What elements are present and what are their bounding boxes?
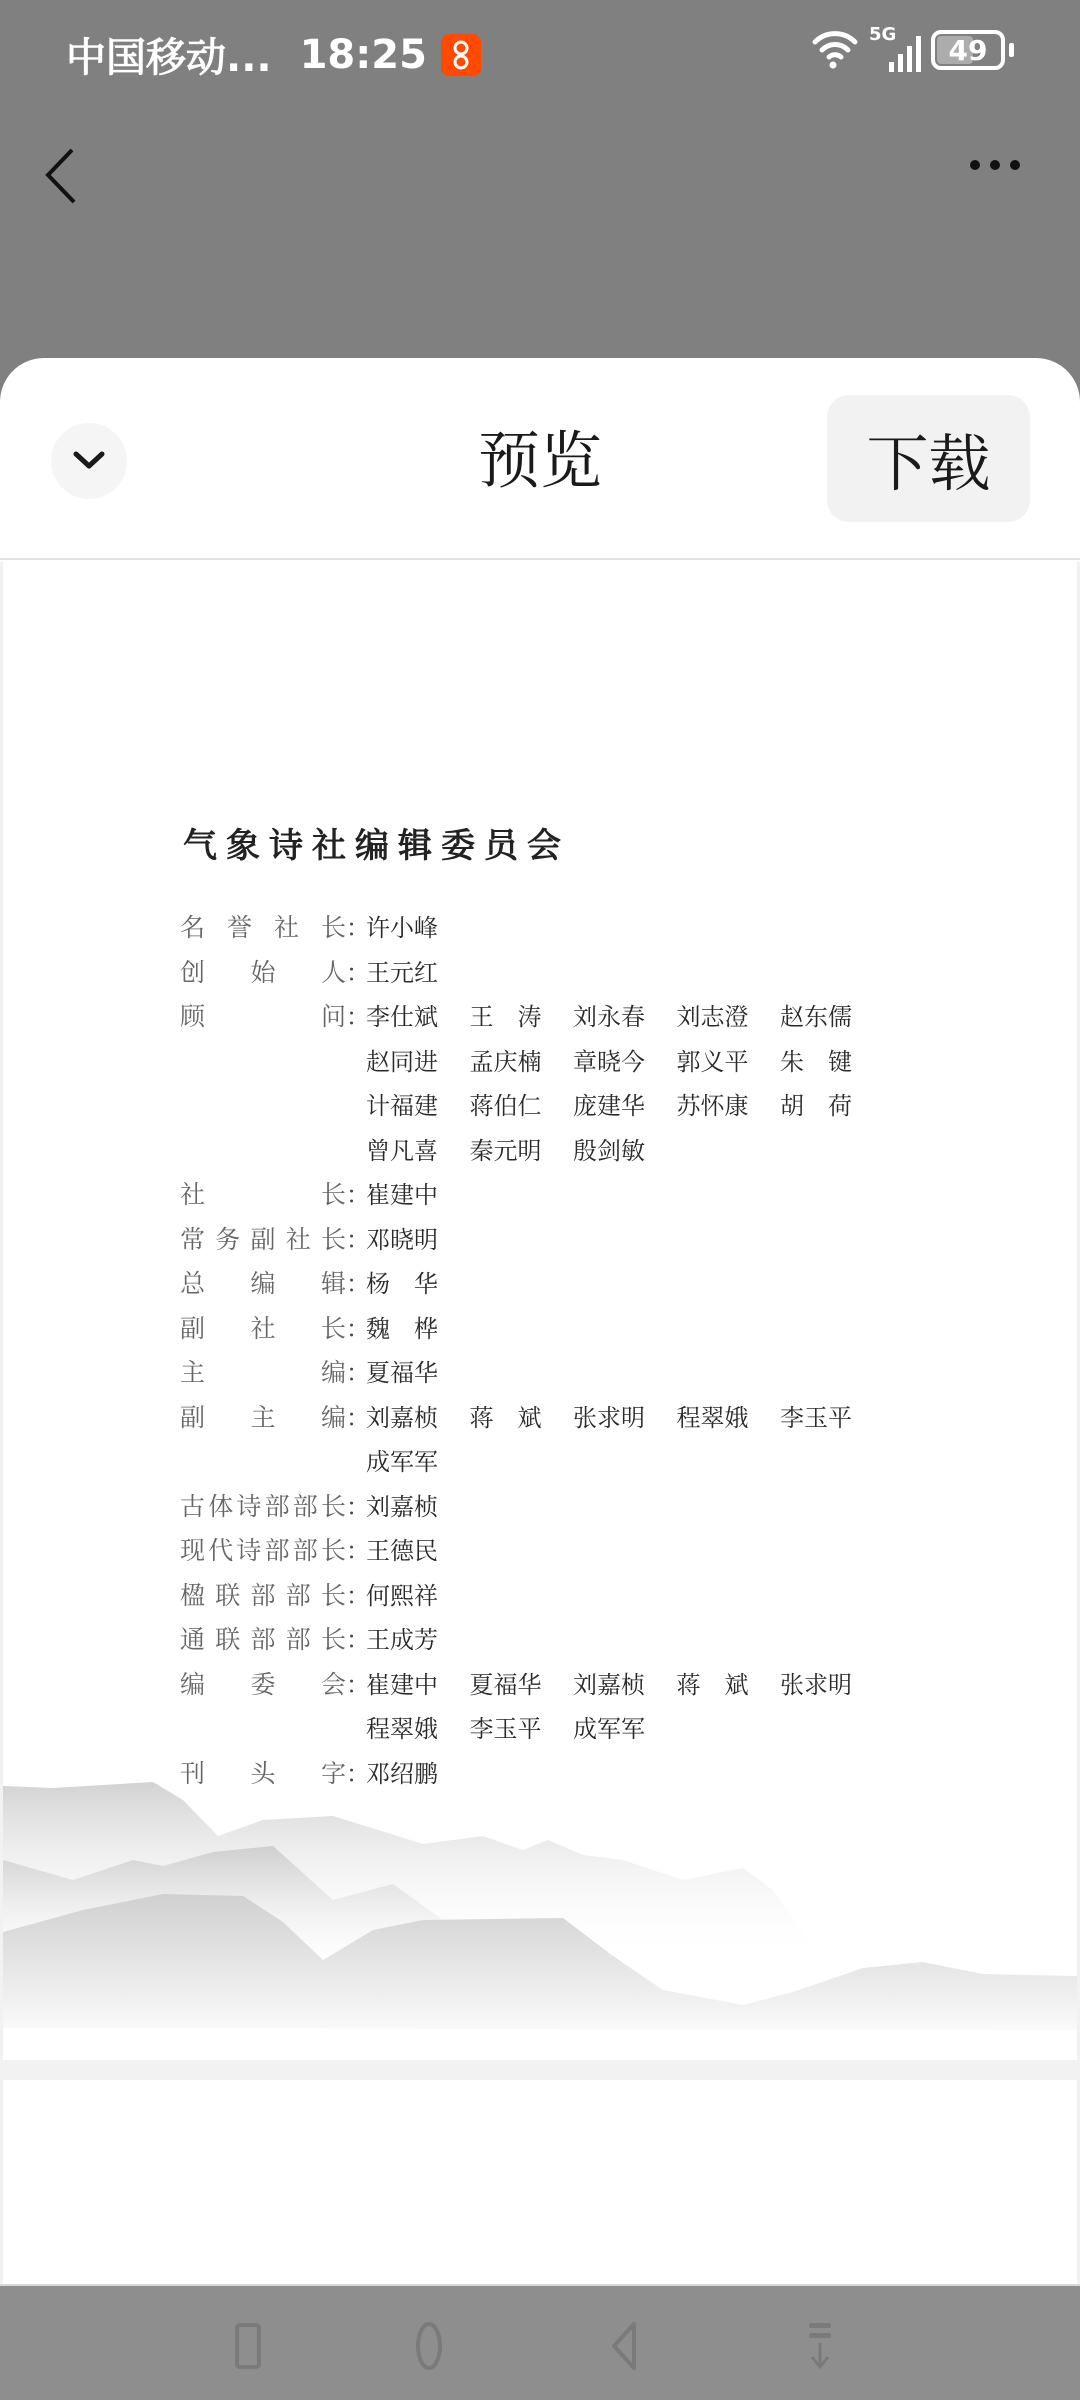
status-left: 中国移动... 18:25	[66, 26, 481, 83]
member-name: 成军军	[573, 1707, 677, 1752]
roster-role-label: 古体诗部部长	[180, 1485, 346, 1530]
roster-row: 通联部部长：王成芳	[180, 1618, 886, 1663]
roster-colon: ：	[346, 1618, 366, 1663]
member-name: 崔建中	[366, 1173, 470, 1218]
member-name: 刘嘉桢	[366, 1396, 470, 1441]
member-name: 夏福华	[366, 1351, 470, 1396]
member-name: 朱 键	[780, 1040, 884, 1085]
roster-role-label: 现代诗部部长	[180, 1529, 346, 1574]
roster-names: 李仕斌王 涛刘永春刘志澄赵东儒赵同进孟庆楠章晓今郭义平朱 键计福建蒋伯仁庞建华苏…	[366, 995, 886, 1173]
member-name: 张求明	[780, 1663, 884, 1708]
roster-colon: ：	[346, 1262, 366, 1307]
member-name: 孟庆楠	[470, 1040, 574, 1085]
member-name: 李玉平	[780, 1396, 884, 1441]
member-name: 蒋伯仁	[470, 1084, 574, 1129]
roster-names: 邓晓明	[366, 1218, 886, 1263]
member-name: 李仕斌	[366, 995, 470, 1040]
more-dots-icon	[950, 140, 1040, 190]
roster-colon: ：	[346, 906, 366, 951]
roster-names: 许小峰	[366, 906, 886, 951]
battery-tip	[1009, 43, 1014, 57]
member-name: 邓晓明	[366, 1218, 470, 1263]
roster-row: 社长：崔建中	[180, 1173, 886, 1218]
member-name: 秦元明	[470, 1129, 574, 1174]
back-chevron-icon	[30, 130, 100, 210]
member-name: 李玉平	[470, 1707, 574, 1752]
roster-row: 副社长：魏 桦	[180, 1307, 886, 1352]
member-name: 章晓今	[573, 1040, 677, 1085]
roster-role-label: 顾问	[180, 995, 346, 1040]
back-button[interactable]	[30, 130, 100, 210]
roster-role-label: 创始人	[180, 951, 346, 996]
home-circle-icon	[414, 2320, 444, 2372]
member-name: 胡 荷	[780, 1084, 884, 1129]
recent-apps-button[interactable]	[218, 2316, 278, 2376]
document-page-1: 气象诗社编辑委员会 名誉社长：许小峰创始人：王元红顾问：李仕斌王 涛刘永春刘志澄…	[3, 562, 1077, 2060]
roster-role-label: 副主编	[180, 1396, 346, 1441]
roster-row: 常务副社长：邓晓明	[180, 1218, 886, 1263]
member-name: 王 涛	[470, 995, 574, 1040]
roster-row: 副主编：刘嘉桢蒋 斌张求明程翠娥李玉平成军军	[180, 1396, 886, 1485]
roster-colon: ：	[346, 951, 366, 996]
home-button[interactable]	[399, 2316, 459, 2376]
roster-row: 古体诗部部长：刘嘉桢	[180, 1485, 886, 1530]
system-nav-bar	[0, 2284, 1080, 2400]
battery-icon: 49	[931, 30, 1005, 70]
ink-mountains-illustration	[3, 1760, 1077, 2060]
member-name: 刘永春	[573, 995, 677, 1040]
roster-names: 何熙祥	[366, 1574, 886, 1619]
more-options-button[interactable]	[950, 140, 1040, 190]
member-name: 王德民	[366, 1529, 470, 1574]
roster-role-label: 常务副社长	[180, 1218, 346, 1263]
roster-names: 杨 华	[366, 1262, 886, 1307]
roster-colon: ：	[346, 1529, 366, 1574]
member-name: 赵同进	[366, 1040, 470, 1085]
roster-colon: ：	[346, 1485, 366, 1530]
clock: 18:25	[300, 32, 427, 78]
member-name: 王成芳	[366, 1618, 470, 1663]
roster-role-label: 副社长	[180, 1307, 346, 1352]
member-name: 何熙祥	[366, 1574, 470, 1619]
notification-pulldown-button[interactable]	[790, 2316, 850, 2376]
roster-row: 主编：夏福华	[180, 1351, 886, 1396]
roster-colon: ：	[346, 1396, 366, 1441]
roster-row: 创始人：王元红	[180, 951, 886, 996]
roster-row: 顾问：李仕斌王 涛刘永春刘志澄赵东儒赵同进孟庆楠章晓今郭义平朱 键计福建蒋伯仁庞…	[180, 995, 886, 1173]
document-title: 气象诗社编辑委员会	[183, 818, 570, 867]
taobao-app-icon	[441, 34, 481, 76]
roster-role-label: 社长	[180, 1173, 346, 1218]
roster-names: 刘嘉桢	[366, 1485, 886, 1530]
member-name: 程翠娥	[366, 1707, 470, 1752]
member-name: 程翠娥	[677, 1396, 781, 1441]
roster-names: 王元红	[366, 951, 886, 996]
member-name: 殷剑敏	[573, 1129, 677, 1174]
member-name: 崔建中	[366, 1663, 470, 1708]
roster-names: 崔建中	[366, 1173, 886, 1218]
member-name: 刘志澄	[677, 995, 781, 1040]
roster-names: 崔建中夏福华刘嘉桢蒋 斌张求明程翠娥李玉平成军军	[366, 1663, 886, 1752]
roster-role-label: 主编	[180, 1351, 346, 1396]
member-name: 杨 华	[366, 1262, 470, 1307]
top-app-bar	[0, 100, 1080, 358]
member-name: 刘嘉桢	[366, 1485, 470, 1530]
roster-row: 编委会：崔建中夏福华刘嘉桢蒋 斌张求明程翠娥李玉平成军军	[180, 1663, 886, 1752]
wifi-icon	[811, 26, 859, 74]
member-name: 曾凡喜	[366, 1129, 470, 1174]
member-name: 成军军	[366, 1440, 470, 1485]
roster-names: 刘嘉桢蒋 斌张求明程翠娥李玉平成军军	[366, 1396, 886, 1485]
member-name: 蒋 斌	[677, 1663, 781, 1708]
battery-level: 49	[949, 34, 988, 67]
notification-pulldown-icon	[805, 2321, 835, 2371]
member-name: 计福建	[366, 1084, 470, 1129]
member-name: 王元红	[366, 951, 470, 996]
status-bar: 中国移动... 18:25 5G 49	[0, 0, 1080, 100]
document-preview[interactable]: 气象诗社编辑委员会 名誉社长：许小峰创始人：王元红顾问：李仕斌王 涛刘永春刘志澄…	[0, 562, 1080, 2284]
roster-names: 王德民	[366, 1529, 886, 1574]
roster-row: 楹联部部长：何熙祥	[180, 1574, 886, 1619]
editorial-roster: 名誉社长：许小峰创始人：王元红顾问：李仕斌王 涛刘永春刘志澄赵东儒赵同进孟庆楠章…	[180, 906, 886, 1796]
download-button[interactable]: 下载	[827, 395, 1030, 522]
member-name: 夏福华	[470, 1663, 574, 1708]
member-name: 刘嘉桢	[573, 1663, 677, 1708]
back-triangle-icon	[610, 2320, 640, 2372]
roster-colon: ：	[346, 1307, 366, 1352]
back-nav-button[interactable]	[595, 2316, 655, 2376]
member-name: 苏怀康	[677, 1084, 781, 1129]
member-name: 赵东儒	[780, 995, 884, 1040]
roster-names: 夏福华	[366, 1351, 886, 1396]
roster-role-label: 编委会	[180, 1663, 346, 1708]
document-page-2	[3, 2080, 1077, 2284]
carrier-name: 中国移动...	[66, 26, 272, 83]
roster-row: 名誉社长：许小峰	[180, 906, 886, 951]
roster-row: 总编辑：杨 华	[180, 1262, 886, 1307]
roster-names: 魏 桦	[366, 1307, 886, 1352]
roster-colon: ：	[346, 1663, 366, 1708]
roster-role-label: 通联部部长	[180, 1618, 346, 1663]
roster-row: 现代诗部部长：王德民	[180, 1529, 886, 1574]
roster-role-label: 楹联部部长	[180, 1574, 346, 1619]
network-type: 5G	[869, 24, 896, 45]
recent-apps-square-icon	[233, 2322, 263, 2370]
roster-colon: ：	[346, 1173, 366, 1218]
member-name: 张求明	[573, 1396, 677, 1441]
roster-role-label: 总编辑	[180, 1262, 346, 1307]
member-name: 郭义平	[677, 1040, 781, 1085]
roster-colon: ：	[346, 1574, 366, 1619]
roster-names: 王成芳	[366, 1618, 886, 1663]
roster-colon: ：	[346, 995, 366, 1040]
cellular-signal-icon: 5G	[869, 28, 921, 72]
roster-role-label: 名誉社长	[180, 906, 346, 951]
roster-colon: ：	[346, 1218, 366, 1263]
member-name: 蒋 斌	[470, 1396, 574, 1441]
preview-sheet: 预览 下载 气象诗社编辑委员会 名誉社长：许小峰创始人：王元红顾问：李仕斌王 涛…	[0, 358, 1080, 2284]
member-name: 庞建华	[573, 1084, 677, 1129]
roster-colon: ：	[346, 1351, 366, 1396]
status-right: 5G 49	[811, 26, 1014, 74]
member-name: 许小峰	[366, 906, 470, 951]
member-name: 魏 桦	[366, 1307, 470, 1352]
sheet-header: 预览 下载	[0, 358, 1080, 560]
